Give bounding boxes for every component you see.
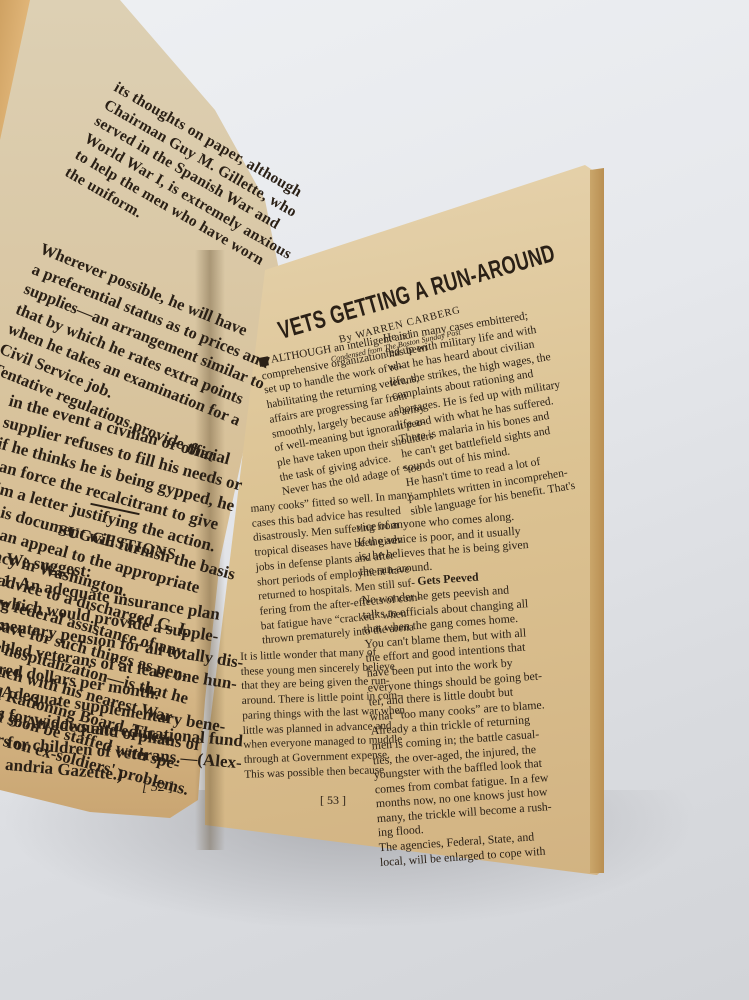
- page-number-left: [ 52 ]: [142, 780, 174, 796]
- paragraph-marker-icon: [259, 356, 269, 366]
- page-number-right: [ 53 ]: [320, 793, 346, 808]
- right-page-edge: [590, 168, 604, 873]
- column-2-bottom: vice of anyone who comes along. If the a…: [356, 508, 555, 870]
- column-2-top: He is in many cases embittered; fed up w…: [382, 306, 577, 520]
